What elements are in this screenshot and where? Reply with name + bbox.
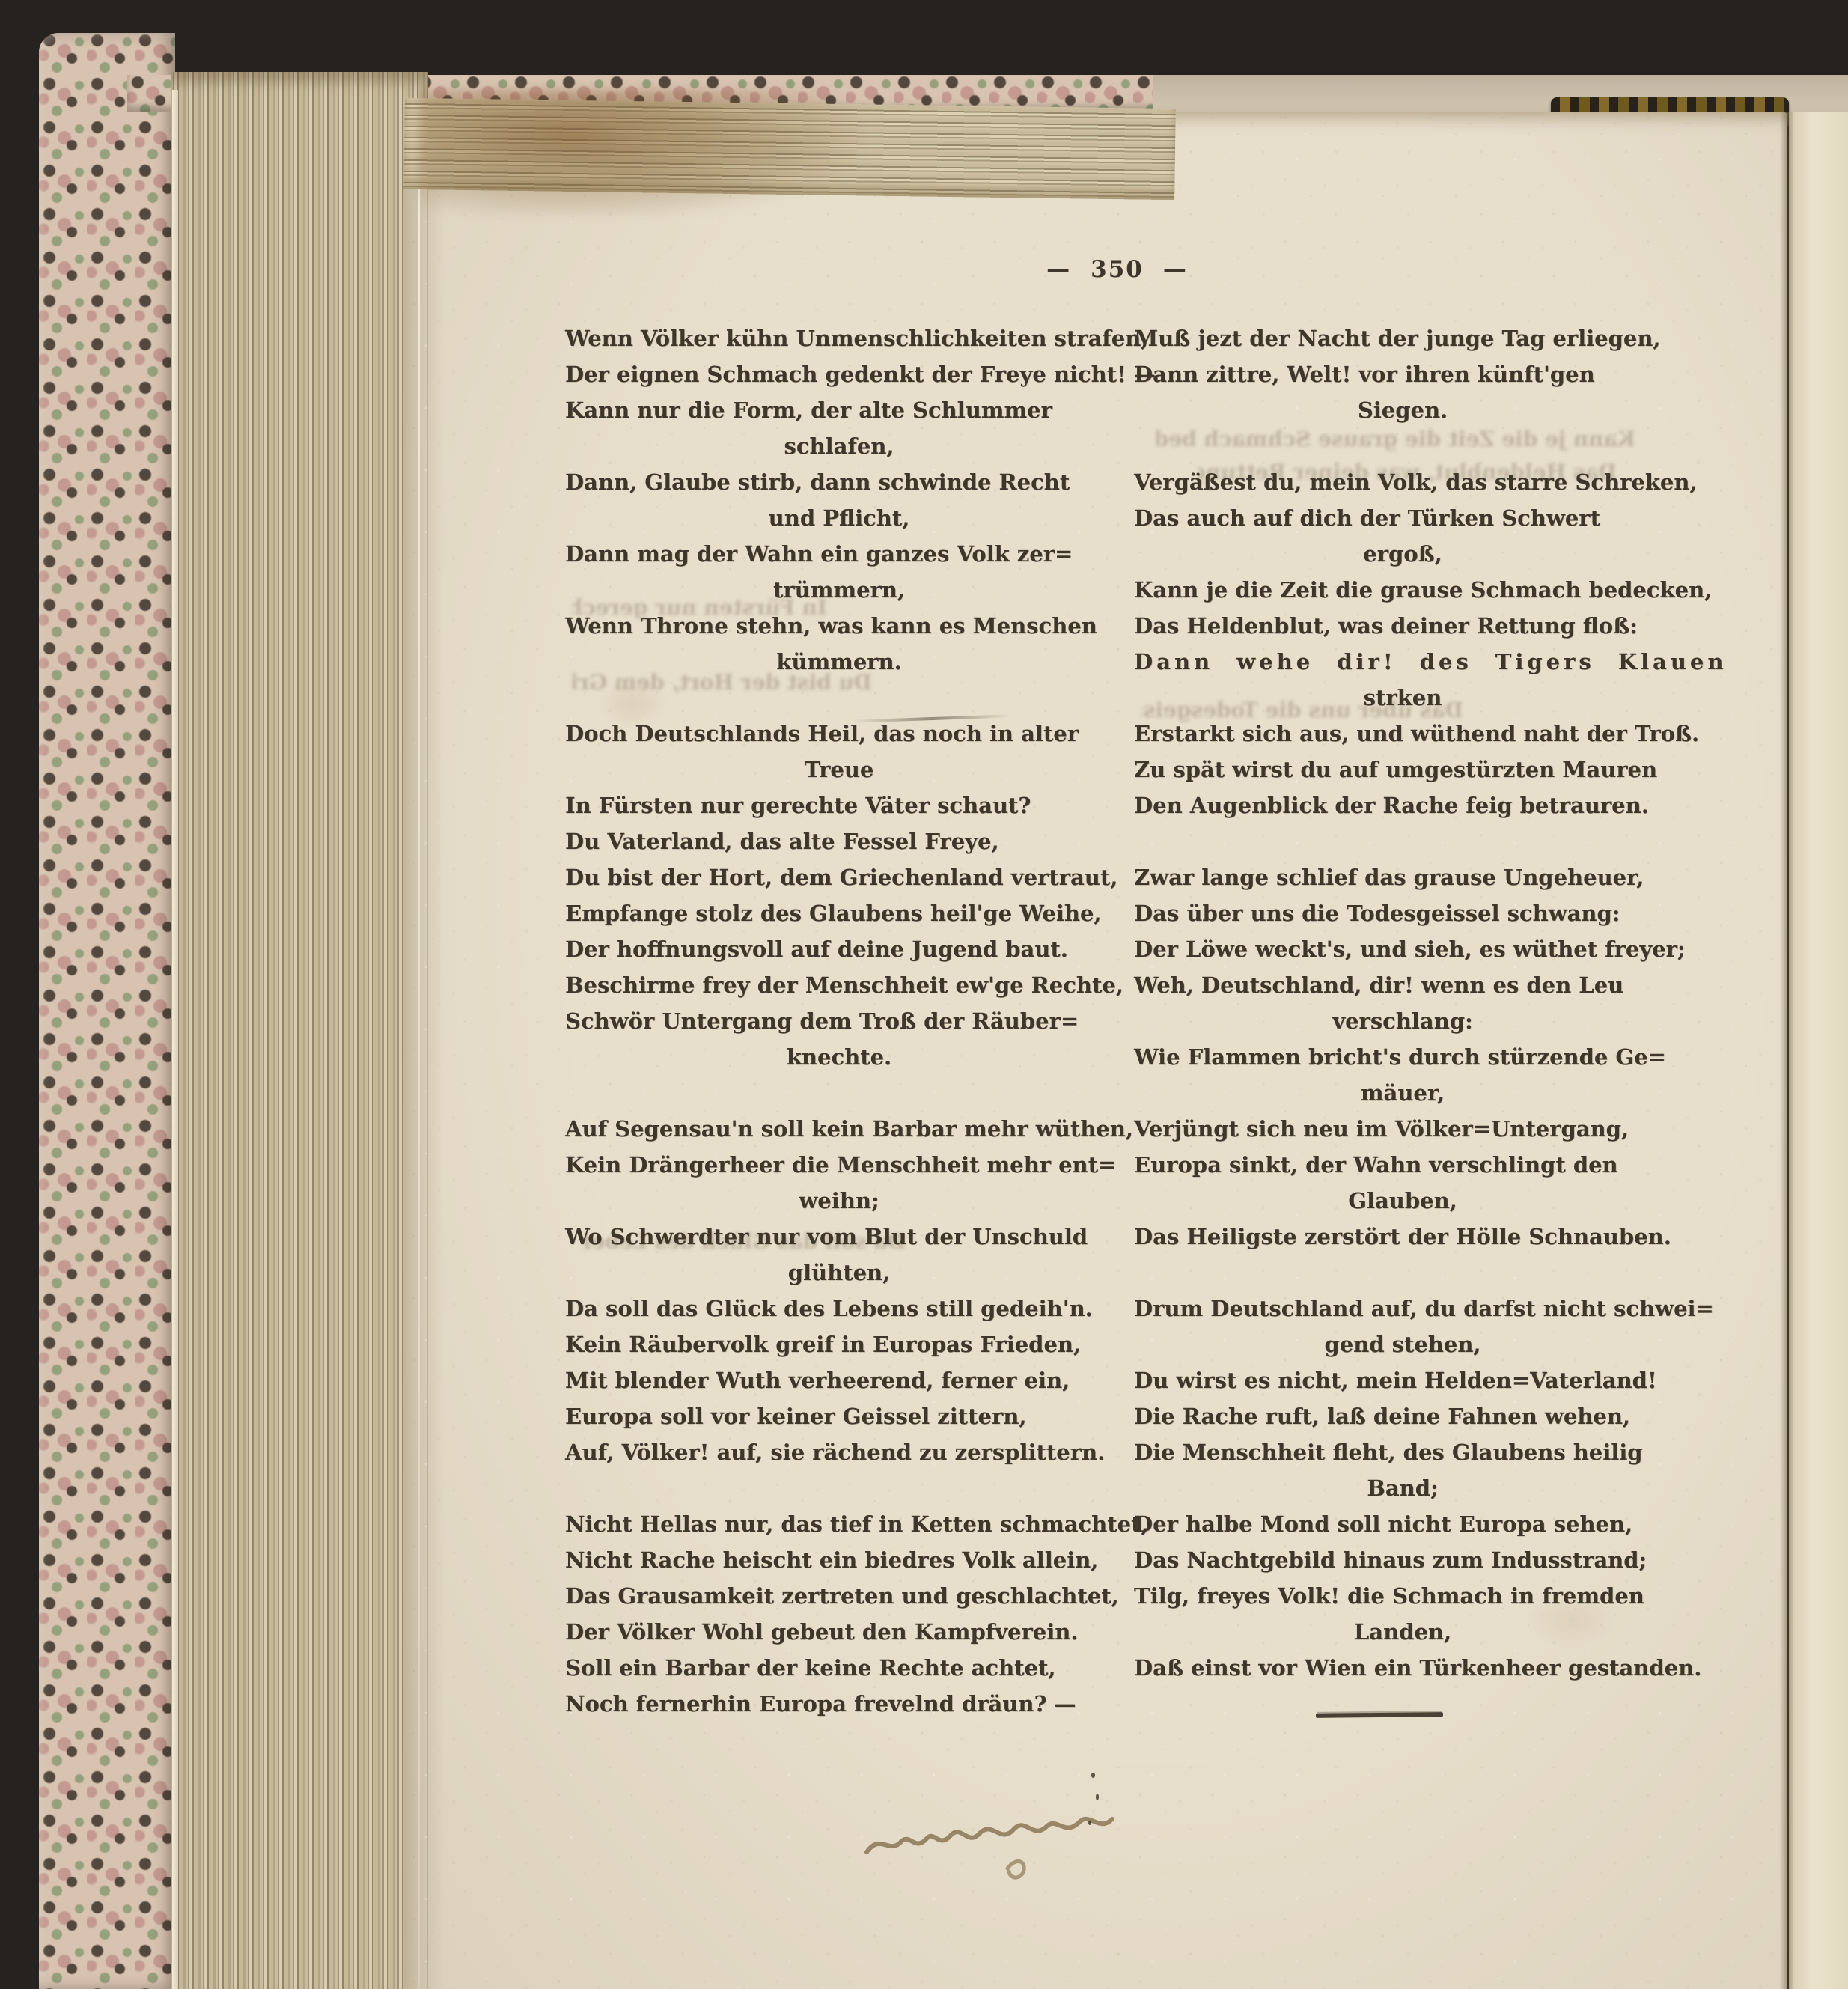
poem-line: Drum Deutschland auf, du darfst nicht sc… bbox=[1134, 1291, 1671, 1326]
poem-line: Europa sinkt, der Wahn verschlingt den bbox=[1134, 1147, 1671, 1183]
page-stack-fore-edge bbox=[171, 72, 428, 1989]
first-page-edge-highlight bbox=[172, 90, 178, 1989]
poem-line: Vergäßest du, mein Volk, das starre Schr… bbox=[1134, 464, 1671, 500]
poem-line: Verjüngt sich neu im Völker=Untergang, bbox=[1134, 1111, 1671, 1147]
page-number-dash: — bbox=[1163, 256, 1188, 283]
poem-line: Siegen. bbox=[1134, 392, 1671, 428]
poem-line: Band; bbox=[1134, 1470, 1671, 1506]
poem-line: Die Rache ruft, laß deine Fahnen wehen, bbox=[1134, 1398, 1671, 1434]
poem-line: Mit blender Wuth verheerend, ferner ein, bbox=[565, 1362, 1113, 1398]
next-page-sliver bbox=[1789, 112, 1848, 1989]
poem-line: Tilg, freyes Volk! die Schmach in fremde… bbox=[1134, 1578, 1671, 1614]
poem-line: Der eignen Schmach gedenkt der Freye nic… bbox=[565, 356, 1113, 392]
poem-line: Das Nachtgebild hinaus zum Indusstrand; bbox=[1134, 1542, 1671, 1578]
poem-line: Der Völker Wohl gebeut den Kampfverein. bbox=[565, 1614, 1113, 1650]
poem-line: Kein Räubervolk greif in Europas Frieden… bbox=[565, 1326, 1113, 1362]
poem-line: Das Heldenblut, was deiner Rettung floß: bbox=[1134, 608, 1671, 644]
stanza: Zwar lange schlief das grause Ungeheuer,… bbox=[1134, 859, 1671, 1255]
page-number-dash: — bbox=[1046, 256, 1071, 283]
stanza: Muß jezt der Nacht der junge Tag erliege… bbox=[1134, 320, 1671, 428]
poem-line: Wenn Throne stehn, was kann es Menschen bbox=[565, 608, 1113, 644]
page-edge-highlight bbox=[418, 112, 420, 1989]
page-edge-shadow bbox=[427, 112, 428, 1989]
poem-line: weihn; bbox=[565, 1183, 1113, 1219]
poem-line: Europa soll vor keiner Geissel zittern, bbox=[565, 1398, 1113, 1434]
water-stain bbox=[419, 90, 861, 217]
poem-line: schlafen, bbox=[565, 428, 1113, 464]
poem-line: Dann wehe dir! des Tigers Klauen bbox=[1134, 644, 1671, 680]
poem-line: knechte. bbox=[565, 1039, 1113, 1075]
ink-speck bbox=[1091, 1773, 1095, 1778]
poem-line: Wenn Völker kühn Unmenschlichkeiten stra… bbox=[565, 320, 1113, 356]
poem-line: Weh, Deutschland, dir! wenn es den Leu bbox=[1134, 967, 1671, 1003]
poem-line: Das Heiligste zerstört der Hölle Schnaub… bbox=[1134, 1219, 1671, 1255]
page-number-row: —350— bbox=[565, 256, 1669, 283]
stanza: Wenn Völker kühn Unmenschlichkeiten stra… bbox=[565, 320, 1113, 680]
poem-line: Zwar lange schlief das grause Ungeheuer, bbox=[1134, 859, 1671, 895]
stanza: Drum Deutschland auf, du darfst nicht sc… bbox=[1134, 1291, 1671, 1686]
poem-line: Zu spät wirst du auf umgestürzten Mauren bbox=[1134, 752, 1671, 788]
poem-line: Doch Deutschlands Heil, das noch in alte… bbox=[565, 716, 1113, 752]
poem-line: Noch fernerhin Europa frevelnd dräun? — bbox=[565, 1686, 1113, 1722]
poem-line: Soll ein Barbar der keine Rechte achtet, bbox=[565, 1650, 1113, 1686]
poem-line: strken bbox=[1134, 680, 1671, 716]
end-rule bbox=[1316, 1712, 1443, 1718]
poem-line: ergoß, bbox=[1134, 536, 1671, 572]
poem-line: Du Vaterland, das alte Fessel Freye, bbox=[565, 823, 1113, 859]
poem-line: Du wirst es nicht, mein Helden=Vaterland… bbox=[1134, 1362, 1671, 1398]
poem-line: Das auch auf dich der Türken Schwert bbox=[1134, 500, 1671, 536]
poem-line: Schwör Untergang dem Troß der Räuber= bbox=[565, 1003, 1113, 1039]
poem-column-left: Wenn Völker kühn Unmenschlichkeiten stra… bbox=[565, 320, 1113, 1722]
poem-line: Auf Segensau'n soll kein Barbar mehr wüt… bbox=[565, 1111, 1113, 1147]
poem-line: Der Löwe weckt's, und sieh, es wüthet fr… bbox=[1134, 931, 1671, 967]
poem-line: Empfange stolz des Glaubens heil'ge Weih… bbox=[565, 895, 1113, 931]
poem-line: Du bist der Hort, dem Griechenland vertr… bbox=[565, 859, 1113, 895]
poem-column-right: Muß jezt der Nacht der junge Tag erliege… bbox=[1134, 320, 1671, 1686]
ink-speck bbox=[1088, 1821, 1091, 1825]
ink-speck bbox=[1096, 1794, 1099, 1800]
poem-line: Dann zittre, Welt! vor ihren künft'gen bbox=[1134, 356, 1671, 392]
poem-line: Das über uns die Todesgeissel schwang: bbox=[1134, 895, 1671, 931]
poem-line: Treue bbox=[565, 752, 1113, 788]
poem-line: Wo Schwerdter nur vom Blut der Unschuld bbox=[565, 1219, 1113, 1255]
poem-line: In Fürsten nur gerechte Väter schaut? bbox=[565, 788, 1113, 823]
poem-line: Dann mag der Wahn ein ganzes Volk zer= bbox=[565, 536, 1113, 572]
book-cover-marbled-edge bbox=[39, 33, 175, 1989]
stanza: Auf Segensau'n soll kein Barbar mehr wüt… bbox=[565, 1111, 1113, 1470]
poem-line: Daß einst vor Wien ein Türkenheer gestan… bbox=[1134, 1650, 1671, 1686]
poem-line: Das Grausamkeit zertreten und geschlacht… bbox=[565, 1578, 1113, 1614]
poem-line: Muß jezt der Nacht der junge Tag erliege… bbox=[1134, 320, 1671, 356]
scan-background: Kann je die Zeit die grause Schmach bede… bbox=[0, 0, 1848, 1989]
poem-line: Beschirme frey der Menschheit ew'ge Rech… bbox=[565, 967, 1113, 1003]
poem-line: Die Menschheit fleht, des Glaubens heili… bbox=[1134, 1434, 1671, 1470]
poem-line: Den Augenblick der Rache feig betrauren. bbox=[1134, 788, 1671, 823]
poem-line: Der hoffnungsvoll auf deine Jugend baut. bbox=[565, 931, 1113, 967]
poem-line: gend stehen, bbox=[1134, 1326, 1671, 1362]
page-gutter-fold bbox=[1780, 112, 1793, 1989]
poem-line: Landen, bbox=[1134, 1614, 1671, 1650]
book-page: Kann je die Zeit die grause Schmach bede… bbox=[404, 112, 1787, 1989]
poem-line: Der halbe Mond soll nicht Europa sehen, bbox=[1134, 1506, 1671, 1542]
poem-line: Kein Drängerheer die Menschheit mehr ent… bbox=[565, 1147, 1113, 1183]
poem-line: Wie Flammen bricht's durch stürzende Ge= bbox=[1134, 1039, 1671, 1075]
poem-line: Dann, Glaube stirb, dann schwinde Recht bbox=[565, 464, 1113, 500]
poem-line: trümmern, bbox=[565, 572, 1113, 608]
poem-line: Da soll das Glück des Lebens still gedei… bbox=[565, 1291, 1113, 1326]
poem-line: Kann nur die Form, der alte Schlummer bbox=[565, 392, 1113, 428]
stanza: Nicht Hellas nur, das tief in Ketten sch… bbox=[565, 1506, 1113, 1722]
poem-line: Kann je die Zeit die grause Schmach bede… bbox=[1134, 572, 1671, 608]
poem-line: und Pflicht, bbox=[565, 500, 1113, 536]
handwritten-note bbox=[861, 1780, 1175, 1892]
stanza: Doch Deutschlands Heil, das noch in alte… bbox=[565, 716, 1113, 1075]
poem-line: Glauben, bbox=[1134, 1183, 1671, 1219]
poem-line: verschlang: bbox=[1134, 1003, 1671, 1039]
poem-line: glühten, bbox=[565, 1255, 1113, 1291]
poem-line: mäuer, bbox=[1134, 1075, 1671, 1111]
poem-line: Nicht Hellas nur, das tief in Ketten sch… bbox=[565, 1506, 1113, 1542]
poem-line: kümmern. bbox=[565, 644, 1113, 680]
poem-line: Auf, Völker! auf, sie rächend zu zerspli… bbox=[565, 1434, 1113, 1470]
stanza: Vergäßest du, mein Volk, das starre Schr… bbox=[1134, 464, 1671, 823]
poem-line: Erstarkt sich aus, und wüthend naht der … bbox=[1134, 716, 1671, 752]
page-number: 350 bbox=[1091, 256, 1144, 283]
poem-line: Nicht Rache heischt ein biedres Volk all… bbox=[565, 1542, 1113, 1578]
